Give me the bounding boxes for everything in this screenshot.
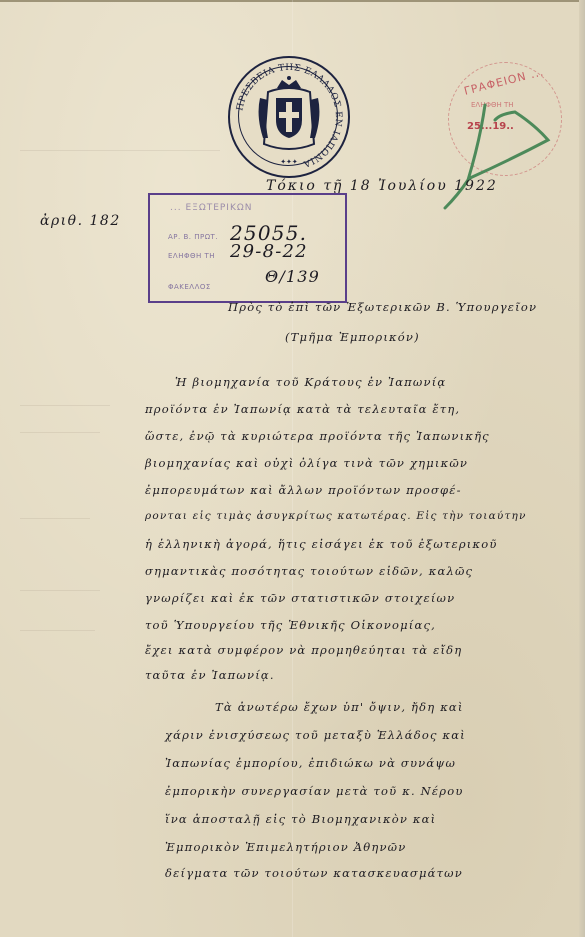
received-date: 29-8-22 [230,241,308,262]
reference-number: ἀριθ. 182 [40,213,121,229]
body-line: ἐμπορικὴν συνεργασίαν μετὰ τοῦ κ. Νέρου [165,784,464,798]
bleed-through-line [20,590,100,591]
protocol-label: ΑΡ. Β. ΠΡΩΤ. [168,233,218,241]
body-line: Ἡ βιομηχανία τοῦ Κράτους ἐν Ἰαπωνίᾳ [175,375,446,389]
body-line: προϊόντα ἐν Ἰαπωνίᾳ κατὰ τὰ τελευταῖα ἔτ… [145,402,460,416]
body-line: ρονται εἰς τιμὰς ἀσυγκρίτως κατωτέρας. Ε… [145,510,527,522]
coat-of-arms-icon: ✦✦✦ ΠΡΕΣΒΕΙΑ ΤΗΣ ΕΛΛΑΔΟΣ ΕΝ ΙΑΠΩΝΙΑ [230,58,348,176]
svg-text:✦✦✦: ✦✦✦ [280,158,298,166]
bleed-through-line [20,432,100,433]
registry-stamp: ... ΕΞΩΤΕΡΙΚΩΝ ΑΡ. Β. ΠΡΩΤ. 25055. ΕΛΗΦΘ… [148,193,347,303]
received-stamp-office: ΓΡΑΦΕΙΟΝ ... [463,65,546,97]
addressee-line-2: (Τμῆμα Ἐμπορικόν) [285,330,420,344]
body-line: δείγματα τῶν τοιούτων κατασκευασμάτων [165,866,463,880]
received-label: ΕΛΗΦΘΗ ΤΗ [168,252,215,260]
body-line: γνωρίζει καὶ ἐκ τῶν στατιστικῶν στοιχείω… [145,591,455,605]
addressee-line-1: Πρὸς τὸ ἐπὶ τῶν Ἐξωτερικῶν Β. Ὑπουργεῖον [228,300,537,314]
registry-stamp-header: ... ΕΞΩΤΕΡΙΚΩΝ [170,203,252,213]
body-line: βιομηχανίας καὶ οὐχὶ ὀλίγα τινὰ τῶν χημι… [145,456,468,470]
bleed-through-line [20,518,90,519]
date-line: Τόκιο τῇ 18 Ἰουλίου 1922 [266,178,498,194]
body-line: ἔχει κατὰ συμφέρον νὰ προμηθεύηται τὰ εἴ… [145,643,462,657]
folder-number: Θ/139 [265,267,320,286]
body-line: σημαντικὰς ποσότητας τοιούτων εἰδῶν, καλ… [145,564,473,578]
body-line: ἵνα ἀποσταλῇ εἰς τὸ Βιομηχανικὸν καὶ [165,812,436,826]
folder-label: ΦΑΚΕΛΛΟΣ [168,283,211,291]
embassy-seal: ✦✦✦ ΠΡΕΣΒΕΙΑ ΤΗΣ ΕΛΛΑΔΟΣ ΕΝ ΙΑΠΩΝΙΑ [228,56,350,178]
bleed-through-line [20,405,110,406]
body-line: ὥστε, ἐνῷ τὰ κυριώτερα προϊόντα τῆς Ἰαπω… [145,429,490,443]
body-line: ἐμπορευμάτων καὶ ἄλλων προϊόντων προσφέ- [145,483,462,497]
body-line: τοῦ Ὑπουργείου τῆς Ἐθνικῆς Οἰκονομίας, [145,618,436,632]
body-line: Ἐμπορικὸν Ἐπιμελητήριον Ἀθηνῶν [165,840,406,854]
bleed-through-line [20,630,95,631]
bleed-through-line [20,150,220,151]
body-line: Ἰαπωνίας ἐμπορίου, ἐπιδιώκω νὰ συνάψω [165,756,456,770]
body-line: χάριν ἐνισχύσεως τοῦ μεταξὺ Ἑλλάδος καὶ [165,728,466,742]
body-line: Τὰ ἀνωτέρω ἔχων ὑπ' ὄψιν, ἤδη καὶ [215,700,464,714]
document-page: ✦✦✦ ΠΡΕΣΒΕΙΑ ΤΗΣ ΕΛΛΑΔΟΣ ΕΝ ΙΑΠΩΝΙΑ ΓΡΑΦ… [0,0,585,937]
body-line: ἡ ἑλληνικὴ ἀγορά, ἥτις εἰσάγει ἐκ τοῦ ἐξ… [145,537,498,551]
body-line: ταῦτα ἐν Ἰαπωνίᾳ. [145,668,275,682]
